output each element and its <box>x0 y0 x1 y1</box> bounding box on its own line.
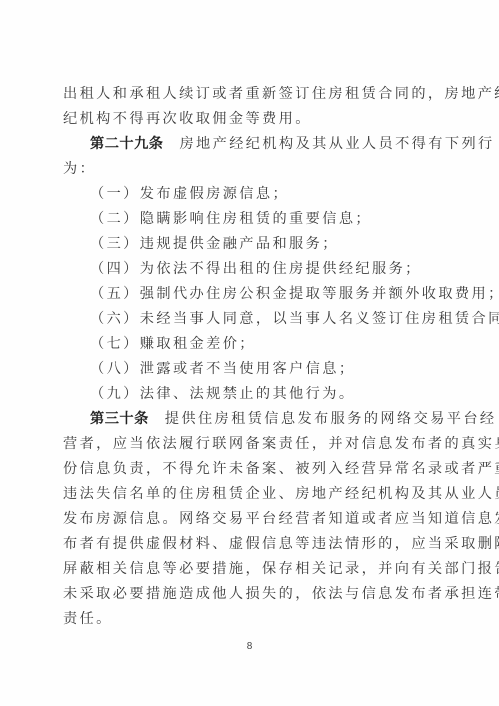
paragraph-line: 责任。 <box>63 607 437 632</box>
list-item: （三）违规提供金融产品和服务； <box>63 232 437 257</box>
paragraph-line: 未采取必要措施造成他人损失的，依法与信息发布者承担连带 <box>63 582 437 607</box>
paragraph-line: 布者有提供虚假材料、虚假信息等违法情形的，应当采取删除、 <box>63 532 437 557</box>
list-item: （六）未经当事人同意，以当事人名义签订住房租赁合同； <box>63 307 437 332</box>
list-item: （九）法律、法规禁止的其他行为。 <box>63 382 437 407</box>
article-text: 房地产经纪机构及其从业人员不得有下列行 <box>179 136 494 152</box>
article-number: 第三十条 <box>90 411 149 427</box>
document-page: 出租人和承租人续订或者重新签订住房租赁合同的，房地产经 纪机构不得再次收取佣金等… <box>0 0 499 706</box>
paragraph-line: 营者，应当依法履行联网备案责任，并对信息发布者的真实身 <box>63 432 437 457</box>
article-number: 第二十九条 <box>90 136 163 152</box>
article-text: 提供住房租赁信息发布服务的网络交易平台经 <box>165 411 497 427</box>
list-item: （八）泄露或者不当使用客户信息； <box>63 357 437 382</box>
list-item: （四）为依法不得出租的住房提供经纪服务； <box>63 257 437 282</box>
list-item: （五）强制代办住房公积金提取等服务并额外收取费用； <box>63 282 437 307</box>
paragraph-line: 违法失信名单的住房租赁企业、房地产经纪机构及其从业人员 <box>63 482 437 507</box>
paragraph-line: 出租人和承租人续订或者重新签订住房租赁合同的，房地产经 <box>63 82 437 107</box>
paragraph-line: 屏蔽相关信息等必要措施，保存相关记录，并向有关部门报告； <box>63 557 437 582</box>
list-item: （七）赚取租金差价； <box>63 332 437 357</box>
paragraph-line: 发布房源信息。网络交易平台经营者知道或者应当知道信息发 <box>63 507 437 532</box>
paragraph-line: 份信息负责，不得允许未备案、被列入经营异常名录或者严重 <box>63 457 437 482</box>
article-30-heading-line: 第三十条提供住房租赁信息发布服务的网络交易平台经 <box>63 407 437 432</box>
list-item: （二）隐瞒影响住房租赁的重要信息； <box>63 207 437 232</box>
paragraph-line: 为： <box>63 157 437 182</box>
paragraph-line: 纪机构不得再次收取佣金等费用。 <box>63 107 437 132</box>
article-29-heading-line: 第二十九条房地产经纪机构及其从业人员不得有下列行 <box>63 132 437 157</box>
list-item: （一）发布虚假房源信息； <box>63 182 437 207</box>
body-text: 出租人和承租人续订或者重新签订住房租赁合同的，房地产经 纪机构不得再次收取佣金等… <box>63 82 437 632</box>
page-number: 8 <box>0 641 499 652</box>
